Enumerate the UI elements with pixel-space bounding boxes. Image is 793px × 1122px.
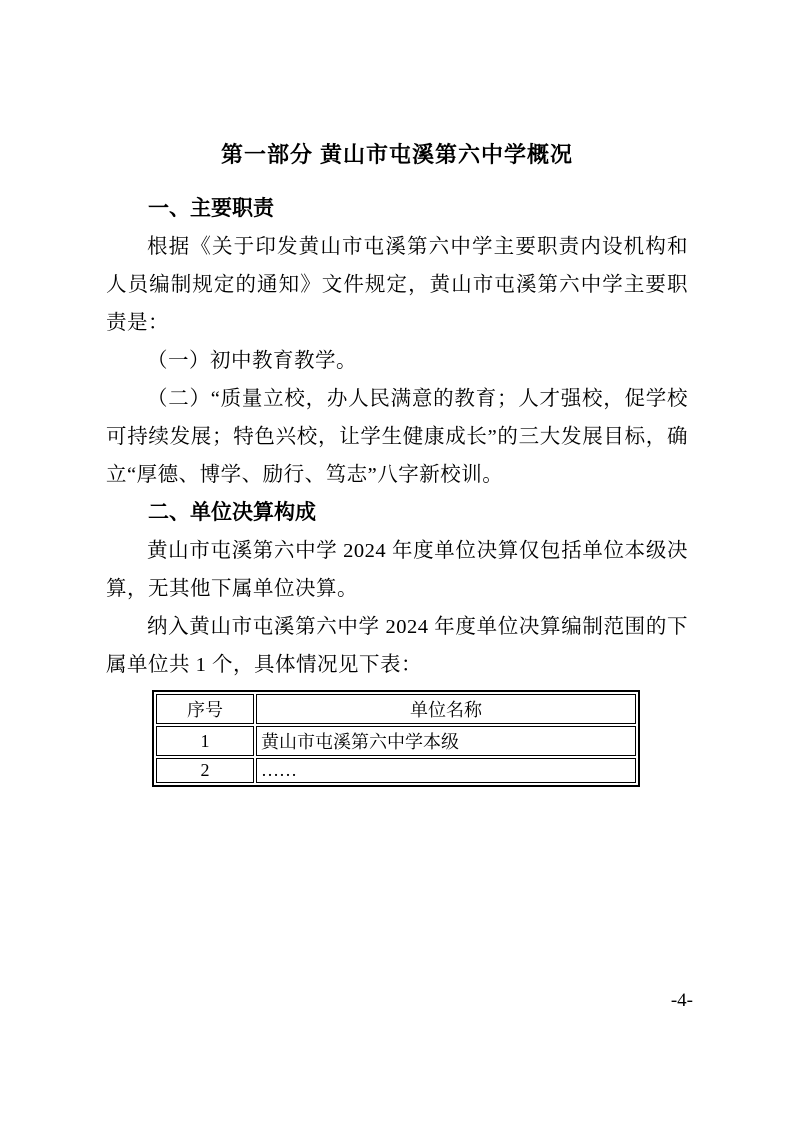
subordinate-units-table: 序号 单位名称 1 黄山市屯溪第六中学本级 2 …… [152,690,640,787]
section-1-item-2: （二）“质量立校，办人民满意的教育；人才强校，促学校可持续发展；特色兴校，让学生… [106,380,688,494]
section-1-paragraph: 根据《关于印发黄山市屯溪第六中学主要职责内设机构和人员编制规定的通知》文件规定，… [106,228,688,342]
table-header-unit-name: 单位名称 [256,694,636,724]
table-header-row: 序号 单位名称 [156,694,636,724]
table-row: 1 黄山市屯溪第六中学本级 [156,726,636,756]
section-1-item-1: （一）初中教育教学。 [106,342,688,380]
document-title: 第一部分 黄山市屯溪第六中学概况 [106,140,688,170]
table-header-index: 序号 [156,694,254,724]
table-cell-index-1: 1 [156,726,254,756]
section-2-heading: 二、单位决算构成 [106,494,688,532]
section-2-paragraph-2: 纳入黄山市屯溪第六中学 2024 年度单位决算编制范围的下属单位共 1 个，具体… [106,608,688,684]
document-page: 第一部分 黄山市屯溪第六中学概况 一、主要职责 根据《关于印发黄山市屯溪第六中学… [0,0,793,1122]
page-number: -4- [671,990,693,1012]
table-cell-index-2: 2 [156,758,254,783]
table-cell-name-2: …… [256,758,636,783]
section-2-paragraph-1: 黄山市屯溪第六中学 2024 年度单位决算仅包括单位本级决算，无其他下属单位决算… [106,532,688,608]
section-1-heading: 一、主要职责 [106,190,688,228]
table-cell-name-1: 黄山市屯溪第六中学本级 [256,726,636,756]
table-row: 2 …… [156,758,636,783]
